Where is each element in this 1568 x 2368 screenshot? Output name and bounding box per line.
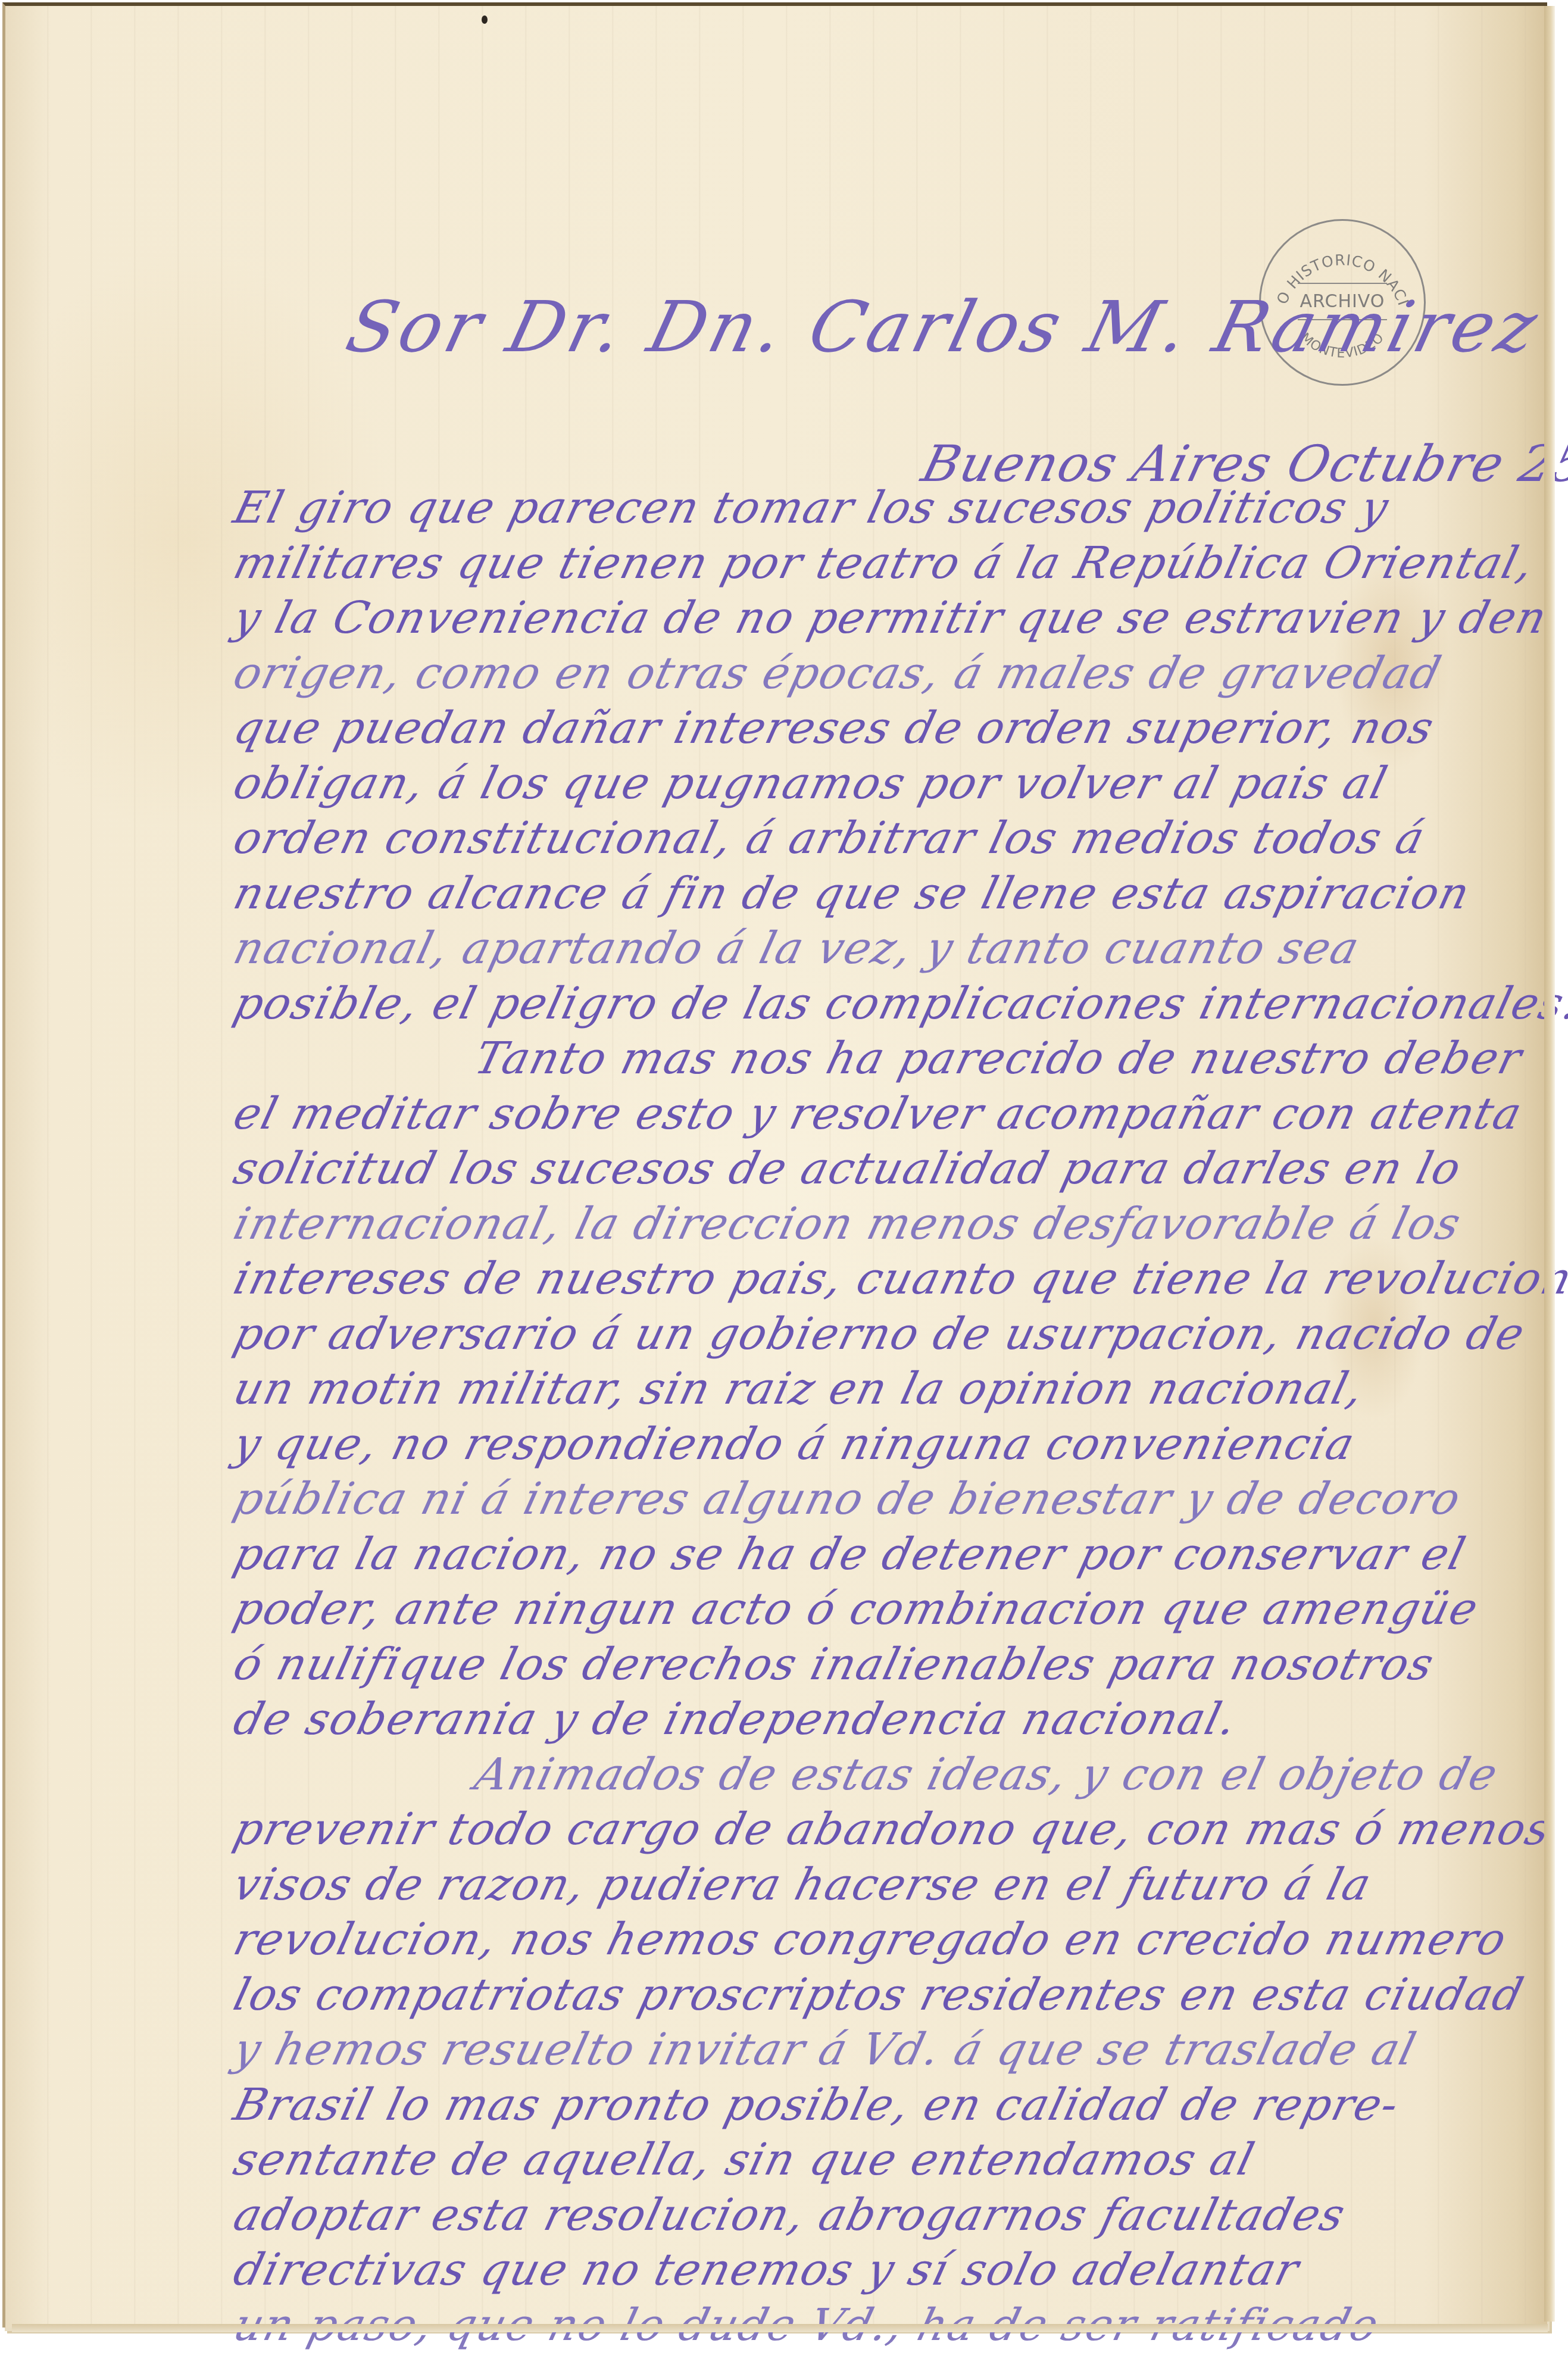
- letter-line: que puedan dañar intereses de orden supe…: [229, 702, 1551, 754]
- letter-line: intereses de nuestro pais, cuanto que ti…: [229, 1253, 1551, 1304]
- letter-line: y que, no respondiendo á ninguna conveni…: [229, 1419, 1551, 1470]
- letter-line: adoptar esta resolucion, abrogarnos facu…: [229, 2189, 1551, 2241]
- letter-line: Tanto mas nos ha parecido de nuestro deb…: [470, 1033, 1568, 1084]
- letter-line: internacional, la direccion menos desfav…: [229, 1198, 1551, 1249]
- letter-line: nuestro alcance á fin de que se llene es…: [229, 868, 1551, 919]
- letter-line: Animados de estas ideas, y con el objeto…: [470, 1749, 1568, 1800]
- letter-line: poder, ante ningun acto ó combinacion qu…: [229, 1583, 1551, 1635]
- letter-line: directivas que no tenemos y sí solo adel…: [229, 2244, 1551, 2295]
- letter-line: prevenir todo cargo de abandono que, con…: [229, 1804, 1551, 1855]
- letter-line: y hemos resuelto invitar á Vd. á que se …: [229, 2024, 1551, 2075]
- letter-line: los compatriotas proscriptos residentes …: [229, 1969, 1551, 2020]
- letter-line: visos de razon, pudiera hacerse en el fu…: [229, 1859, 1551, 1910]
- letter-line: sentante de aquella, sin que entendamos …: [229, 2134, 1551, 2185]
- letter-line: revolucion, nos hemos congregado en crec…: [229, 1914, 1551, 1965]
- letter-line: obligan, á los que pugnamos por volver a…: [229, 758, 1551, 809]
- letter-line: pública ni á interes alguno de bienestar…: [229, 1473, 1551, 1524]
- page-number-mark: [482, 15, 488, 24]
- letter-line: origen, como en otras épocas, á males de…: [229, 648, 1551, 699]
- letter-line: nacional, apartando á la vez, y tanto cu…: [229, 923, 1551, 974]
- letter-line: militares que tienen por teatro á la Rep…: [229, 538, 1551, 589]
- letter-line: orden constitucional, á arbitrar los med…: [229, 813, 1551, 864]
- letter-line: para la nacion, no se ha de detener por …: [229, 1529, 1551, 1580]
- page-stack-edge-right: [1544, 6, 1555, 2322]
- letter-line: un motin militar, sin raiz en la opinion…: [229, 1363, 1551, 1414]
- letter-salutation: Sor Dr. Dn. Carlos M. Ramirez: [339, 286, 1549, 368]
- page-stack-edge-bottom: [12, 2324, 1548, 2332]
- letter-line: El giro que parecen tomar los sucesos po…: [229, 482, 1551, 533]
- letter-line: Brasil lo mas pronto posible, en calidad…: [229, 2079, 1551, 2130]
- letter-line: el meditar sobre esto y resolver acompañ…: [229, 1088, 1551, 1139]
- letter-line: y la Conveniencia de no permitir que se …: [229, 592, 1551, 643]
- letter-line: solicitud los sucesos de actualidad para…: [229, 1143, 1551, 1194]
- letter-line: de soberania y de independencia nacional…: [229, 1694, 1551, 1745]
- letter-line: ó nulifique los derechos inalienables pa…: [229, 1639, 1551, 1690]
- letter-line: posible, el peligro de las complicacione…: [229, 978, 1551, 1029]
- letter-line: por adversario á un gobierno de usurpaci…: [229, 1308, 1551, 1360]
- letter-page: MUSEO HISTORICO NACIONAL MONTEVIDEO ARCH…: [2, 2, 1547, 2328]
